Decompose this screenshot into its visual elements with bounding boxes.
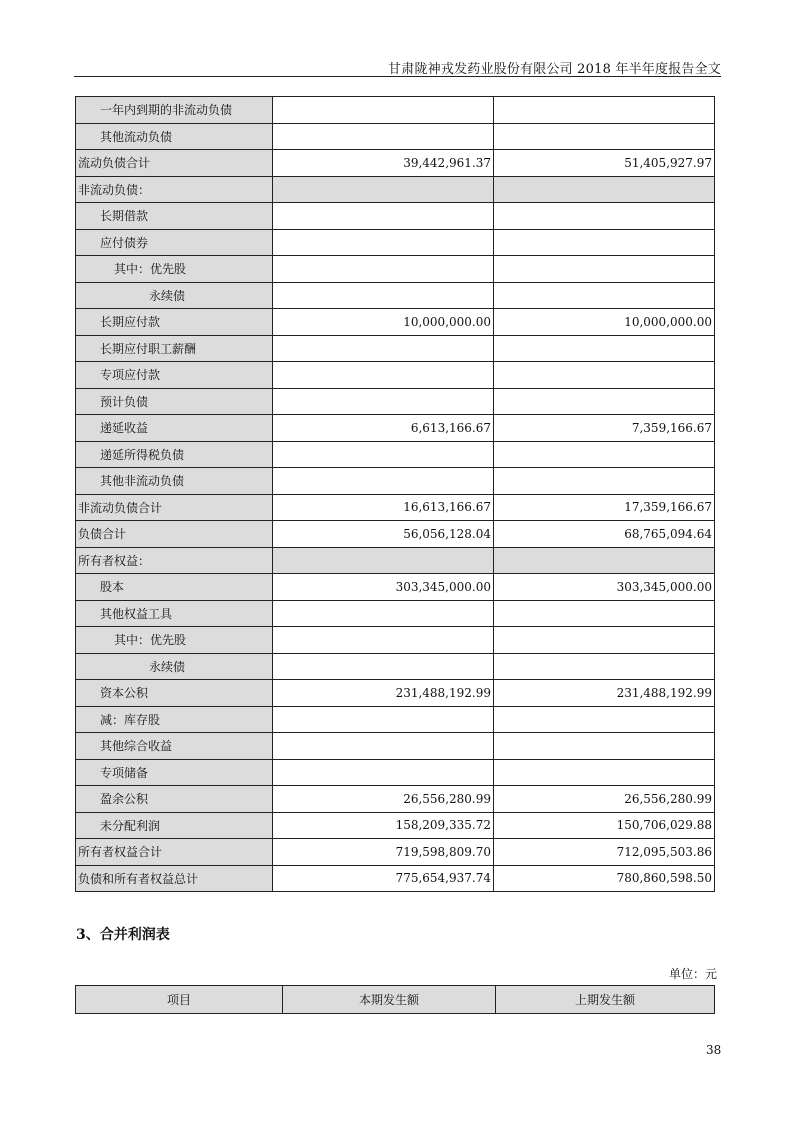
prior-period-value: 7,359,166.67 [494, 415, 715, 442]
prior-period-value [494, 468, 715, 495]
table-row: 未分配利润158,209,335.72150,706,029.88 [76, 812, 715, 839]
row-label: 负债合计 [76, 521, 273, 548]
prior-period-value [494, 335, 715, 362]
prior-period-value [494, 547, 715, 574]
current-period-value: 26,556,280.99 [273, 786, 494, 813]
table-row: 永续债 [76, 282, 715, 309]
current-period-value: 775,654,937.74 [273, 865, 494, 892]
current-period-value: 719,598,809.70 [273, 839, 494, 866]
current-period-value [273, 733, 494, 760]
table-row: 资本公积231,488,192.99231,488,192.99 [76, 680, 715, 707]
table-row: 流动负债合计39,442,961.3751,405,927.97 [76, 150, 715, 177]
table-row: 减：库存股 [76, 706, 715, 733]
row-label: 长期借款 [76, 203, 273, 230]
current-period-value [273, 627, 494, 654]
current-period-value [273, 388, 494, 415]
row-label: 所有者权益合计 [76, 839, 273, 866]
current-period-value: 56,056,128.04 [273, 521, 494, 548]
current-period-value [273, 256, 494, 283]
table-row: 永续债 [76, 653, 715, 680]
income-statement-table: 项目 本期发生额 上期发生额 [75, 985, 715, 1014]
table-row: 非流动负债合计16,613,166.6717,359,166.67 [76, 494, 715, 521]
table-row: 一年内到期的非流动负债 [76, 97, 715, 124]
section-header-row: 非流动负债： [76, 176, 715, 203]
row-label: 一年内到期的非流动负债 [76, 97, 273, 124]
prior-period-value: 303,345,000.00 [494, 574, 715, 601]
table-row: 专项应付款 [76, 362, 715, 389]
row-label: 其中：优先股 [76, 256, 273, 283]
prior-period-value [494, 706, 715, 733]
current-period-value: 231,488,192.99 [273, 680, 494, 707]
prior-period-value [494, 176, 715, 203]
row-label: 专项储备 [76, 759, 273, 786]
table-row: 长期应付款10,000,000.0010,000,000.00 [76, 309, 715, 336]
current-period-value: 16,613,166.67 [273, 494, 494, 521]
prior-period-value [494, 97, 715, 124]
current-period-value [273, 97, 494, 124]
row-label: 所有者权益： [76, 547, 273, 574]
prior-period-value [494, 123, 715, 150]
current-period-value: 6,613,166.67 [273, 415, 494, 442]
current-period-value [273, 653, 494, 680]
current-period-value [273, 362, 494, 389]
current-period-value [273, 176, 494, 203]
prior-period-value: 26,556,280.99 [494, 786, 715, 813]
prior-period-value [494, 203, 715, 230]
table-row: 股本303,345,000.00303,345,000.00 [76, 574, 715, 601]
prior-period-value [494, 759, 715, 786]
prior-period-value [494, 600, 715, 627]
prior-period-value [494, 362, 715, 389]
current-period-value [273, 468, 494, 495]
row-label: 非流动负债： [76, 176, 273, 203]
prior-period-value [494, 256, 715, 283]
prior-period-value: 10,000,000.00 [494, 309, 715, 336]
row-label: 永续债 [76, 653, 273, 680]
prior-period-value [494, 733, 715, 760]
section-title: 3、合并利润表 [76, 924, 170, 944]
prior-period-value [494, 441, 715, 468]
current-period-value: 158,209,335.72 [273, 812, 494, 839]
income-statement-header-row: 项目 本期发生额 上期发生额 [76, 986, 715, 1014]
current-period-value [273, 706, 494, 733]
row-label: 专项应付款 [76, 362, 273, 389]
prior-period-value: 780,860,598.50 [494, 865, 715, 892]
row-label: 预计负债 [76, 388, 273, 415]
row-label: 其他权益工具 [76, 600, 273, 627]
table-row: 应付债券 [76, 229, 715, 256]
table-row: 专项储备 [76, 759, 715, 786]
row-label: 非流动负债合计 [76, 494, 273, 521]
current-period-value: 39,442,961.37 [273, 150, 494, 177]
current-period-value [273, 600, 494, 627]
prior-period-value: 150,706,029.88 [494, 812, 715, 839]
column-header-prior-period: 上期发生额 [496, 986, 715, 1014]
table-row: 其他综合收益 [76, 733, 715, 760]
row-label: 长期应付职工薪酬 [76, 335, 273, 362]
table-row: 盈余公积26,556,280.9926,556,280.99 [76, 786, 715, 813]
table-row: 其中：优先股 [76, 627, 715, 654]
prior-period-value: 231,488,192.99 [494, 680, 715, 707]
current-period-value [273, 229, 494, 256]
row-label: 其他非流动负债 [76, 468, 273, 495]
row-label: 流动负债合计 [76, 150, 273, 177]
row-label: 负债和所有者权益总计 [76, 865, 273, 892]
prior-period-value: 51,405,927.97 [494, 150, 715, 177]
current-period-value: 10,000,000.00 [273, 309, 494, 336]
row-label: 应付债券 [76, 229, 273, 256]
column-header-current-period: 本期发生额 [283, 986, 496, 1014]
table-row: 长期借款 [76, 203, 715, 230]
row-label: 盈余公积 [76, 786, 273, 813]
unit-label: 单位：元 [669, 965, 717, 982]
table-row: 所有者权益合计719,598,809.70712,095,503.86 [76, 839, 715, 866]
table-row: 递延收益6,613,166.677,359,166.67 [76, 415, 715, 442]
prior-period-value [494, 653, 715, 680]
row-label: 资本公积 [76, 680, 273, 707]
current-period-value: 303,345,000.00 [273, 574, 494, 601]
prior-period-value [494, 282, 715, 309]
row-label: 其他综合收益 [76, 733, 273, 760]
table-row: 预计负债 [76, 388, 715, 415]
prior-period-value [494, 388, 715, 415]
table-row: 负债合计56,056,128.0468,765,094.64 [76, 521, 715, 548]
current-period-value [273, 203, 494, 230]
current-period-value [273, 441, 494, 468]
row-label: 递延收益 [76, 415, 273, 442]
current-period-value [273, 123, 494, 150]
prior-period-value: 17,359,166.67 [494, 494, 715, 521]
table-row: 负债和所有者权益总计775,654,937.74780,860,598.50 [76, 865, 715, 892]
section-header-row: 所有者权益： [76, 547, 715, 574]
table-row: 长期应付职工薪酬 [76, 335, 715, 362]
page-number: 38 [706, 1043, 721, 1057]
current-period-value [273, 335, 494, 362]
header-divider [74, 76, 721, 77]
current-period-value [273, 282, 494, 309]
table-row: 其他非流动负债 [76, 468, 715, 495]
current-period-value [273, 759, 494, 786]
row-label: 其他流动负债 [76, 123, 273, 150]
prior-period-value: 712,095,503.86 [494, 839, 715, 866]
row-label: 递延所得税负债 [76, 441, 273, 468]
prior-period-value: 68,765,094.64 [494, 521, 715, 548]
column-header-item: 项目 [76, 986, 283, 1014]
table-row: 递延所得税负债 [76, 441, 715, 468]
row-label: 未分配利润 [76, 812, 273, 839]
table-row: 其中：优先股 [76, 256, 715, 283]
balance-sheet-table: 一年内到期的非流动负债其他流动负债流动负债合计39,442,961.3751,4… [75, 96, 715, 892]
table-row: 其他流动负债 [76, 123, 715, 150]
row-label: 长期应付款 [76, 309, 273, 336]
table-row: 其他权益工具 [76, 600, 715, 627]
row-label: 减：库存股 [76, 706, 273, 733]
prior-period-value [494, 229, 715, 256]
row-label: 永续债 [76, 282, 273, 309]
report-header-title: 甘肃陇神戎发药业股份有限公司 2018 年半年度报告全文 [388, 58, 721, 77]
prior-period-value [494, 627, 715, 654]
row-label: 股本 [76, 574, 273, 601]
current-period-value [273, 547, 494, 574]
row-label: 其中：优先股 [76, 627, 273, 654]
